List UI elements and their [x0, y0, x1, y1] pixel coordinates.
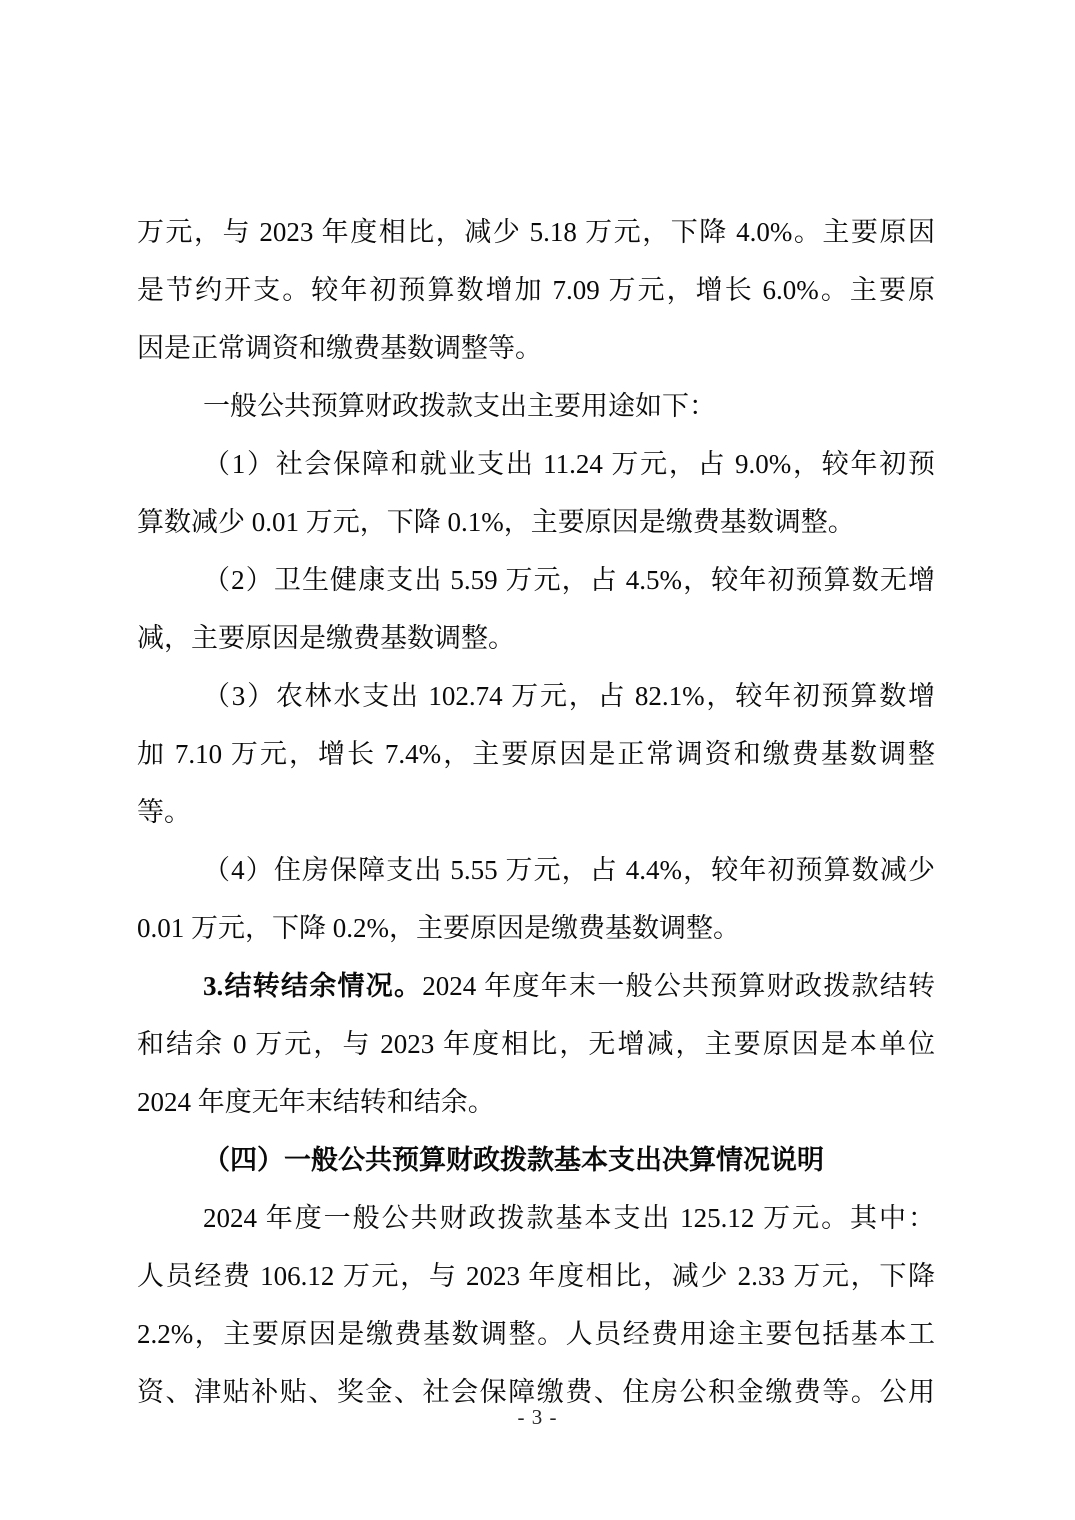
text-run: 算数减少 0.01 万元，下降 0.1%，主要原因是缴费基数调整。	[137, 507, 855, 537]
text-line: 减，主要原因是缴费基数调整。	[137, 609, 935, 667]
bold-run: 3.结转结余情况。	[203, 971, 422, 1001]
paragraph: （2）卫生健康支出 5.59 万元，占 4.5%，较年初预算数无增减，主要原因是…	[137, 551, 935, 667]
text-line: 和结余 0 万元，与 2023 年度相比，无增减，主要原因是本单位	[137, 1015, 935, 1073]
text-run: 加 7.10 万元，增长 7.4%，主要原因是正常调资和缴费基数调整	[137, 739, 935, 769]
text-run: （3）农林水支出 102.74 万元，占 82.1%，较年初预算数增	[203, 681, 935, 711]
text-line: （4）住房保障支出 5.55 万元，占 4.4%，较年初预算数减少	[137, 841, 935, 899]
text-run: 2024 年度年末一般公共预算财政拨款结转	[422, 971, 935, 1001]
text-run: 等。	[137, 797, 191, 827]
text-line: （3）农林水支出 102.74 万元，占 82.1%，较年初预算数增	[137, 667, 935, 725]
text-run: 是节约开支。较年初预算数增加 7.09 万元，增长 6.0%。主要原	[137, 275, 935, 305]
text-run: 人员经费 106.12 万元，与 2023 年度相比，减少 2.33 万元，下降	[137, 1261, 935, 1291]
text-line: 0.01 万元，下降 0.2%，主要原因是缴费基数调整。	[137, 899, 935, 957]
text-line: 万元，与 2023 年度相比，减少 5.18 万元，下降 4.0%。主要原因	[137, 203, 935, 261]
text-line: 算数减少 0.01 万元，下降 0.1%，主要原因是缴费基数调整。	[137, 493, 935, 551]
paragraph: 3.结转结余情况。2024 年度年末一般公共预算财政拨款结转和结余 0 万元，与…	[137, 957, 935, 1131]
paragraph: 2024 年度一般公共财政拨款基本支出 125.12 万元。其中：人员经费 10…	[137, 1189, 935, 1421]
text-line: 2.2%，主要原因是缴费基数调整。人员经费用途主要包括基本工	[137, 1305, 935, 1363]
document-body: 万元，与 2023 年度相比，减少 5.18 万元，下降 4.0%。主要原因是节…	[137, 203, 935, 1421]
text-line: （2）卫生健康支出 5.59 万元，占 4.5%，较年初预算数无增	[137, 551, 935, 609]
text-line: （四）一般公共预算财政拨款基本支出决算情况说明	[137, 1131, 935, 1189]
paragraph: （四）一般公共预算财政拨款基本支出决算情况说明	[137, 1131, 935, 1189]
bold-run: （四）一般公共预算财政拨款基本支出决算情况说明	[203, 1145, 824, 1175]
paragraph: 一般公共预算财政拨款支出主要用途如下：	[137, 377, 935, 435]
text-run: 2024 年度无年末结转和结余。	[137, 1087, 495, 1117]
text-run: （1）社会保障和就业支出 11.24 万元，占 9.0%，较年初预	[203, 449, 935, 479]
text-line: 是节约开支。较年初预算数增加 7.09 万元，增长 6.0%。主要原	[137, 261, 935, 319]
paragraph: （3）农林水支出 102.74 万元，占 82.1%，较年初预算数增加 7.10…	[137, 667, 935, 841]
text-run: 一般公共预算财政拨款支出主要用途如下：	[203, 391, 716, 421]
document-page: 万元，与 2023 年度相比，减少 5.18 万元，下降 4.0%。主要原因是节…	[0, 0, 1075, 1520]
text-line: 人员经费 106.12 万元，与 2023 年度相比，减少 2.33 万元，下降	[137, 1247, 935, 1305]
text-run: 0.01 万元，下降 0.2%，主要原因是缴费基数调整。	[137, 913, 740, 943]
text-line: 加 7.10 万元，增长 7.4%，主要原因是正常调资和缴费基数调整	[137, 725, 935, 783]
text-run: 2024 年度一般公共财政拨款基本支出 125.12 万元。其中：	[203, 1203, 935, 1233]
paragraph: 万元，与 2023 年度相比，减少 5.18 万元，下降 4.0%。主要原因是节…	[137, 203, 935, 377]
text-run: 和结余 0 万元，与 2023 年度相比，无增减，主要原因是本单位	[137, 1029, 935, 1059]
text-line: 一般公共预算财政拨款支出主要用途如下：	[137, 377, 935, 435]
text-line: （1）社会保障和就业支出 11.24 万元，占 9.0%，较年初预	[137, 435, 935, 493]
text-line: 2024 年度一般公共财政拨款基本支出 125.12 万元。其中：	[137, 1189, 935, 1247]
text-run: 资、津贴补贴、奖金、社会保障缴费、住房公积金缴费等。公用	[137, 1377, 935, 1407]
text-run: 万元，与 2023 年度相比，减少 5.18 万元，下降 4.0%。主要原因	[137, 217, 935, 247]
page-number: - 3 -	[0, 1405, 1075, 1430]
text-line: 等。	[137, 783, 935, 841]
text-line: 因是正常调资和缴费基数调整等。	[137, 319, 935, 377]
paragraph: （1）社会保障和就业支出 11.24 万元，占 9.0%，较年初预算数减少 0.…	[137, 435, 935, 551]
text-run: 2.2%，主要原因是缴费基数调整。人员经费用途主要包括基本工	[137, 1319, 935, 1349]
text-line: 3.结转结余情况。2024 年度年末一般公共预算财政拨款结转	[137, 957, 935, 1015]
text-run: 因是正常调资和缴费基数调整等。	[137, 333, 542, 363]
text-run: 减，主要原因是缴费基数调整。	[137, 623, 515, 653]
text-run: （2）卫生健康支出 5.59 万元，占 4.5%，较年初预算数无增	[203, 565, 935, 595]
text-line: 2024 年度无年末结转和结余。	[137, 1073, 935, 1131]
paragraph: （4）住房保障支出 5.55 万元，占 4.4%，较年初预算数减少0.01 万元…	[137, 841, 935, 957]
text-run: （4）住房保障支出 5.55 万元，占 4.4%，较年初预算数减少	[203, 855, 935, 885]
